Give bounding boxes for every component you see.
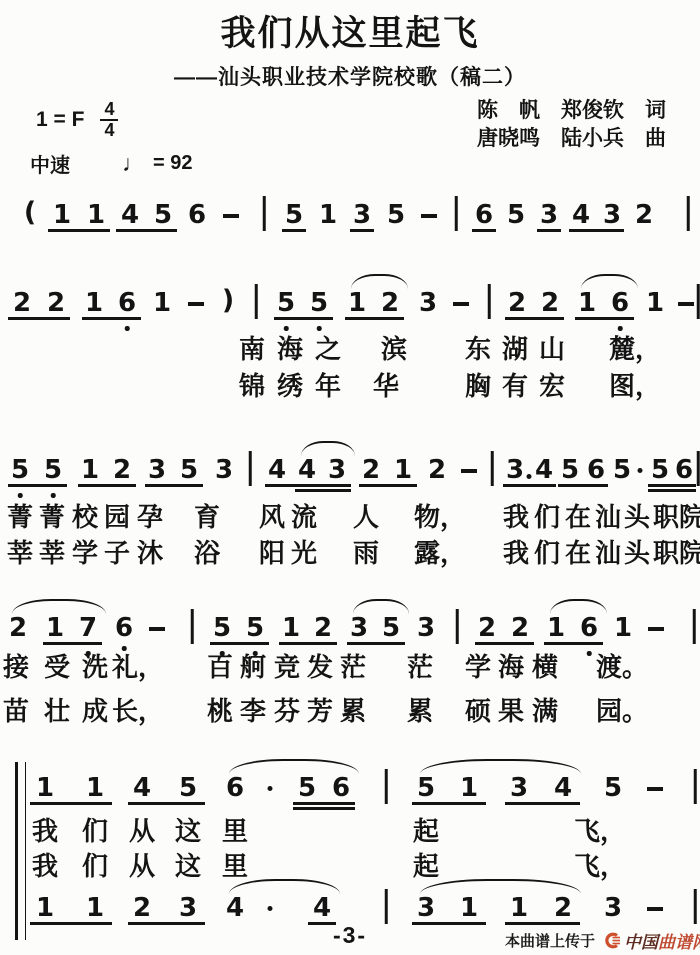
lyric-char: 南 [239, 334, 265, 364]
lyric-char: 们 [534, 538, 560, 568]
lyric-char: 芳 [307, 696, 333, 726]
beam-underline [282, 229, 306, 232]
dash-rest [188, 302, 204, 306]
upload-text: 本曲谱上传于 [505, 930, 595, 951]
lyric-char: 莘 [7, 538, 33, 568]
beam-underline [116, 229, 177, 232]
lyric-char: 起 [413, 816, 439, 846]
augmentation-dot [268, 906, 273, 911]
footer-credit: 本曲谱上传于 中国 曲谱网 [505, 928, 700, 953]
lyric-char: 年 [315, 371, 341, 401]
lyric-char: 露， [414, 538, 466, 568]
lyric-char: 茫 [340, 652, 366, 682]
credits-block: 陈 帆 郑俊钦 词 唐晓鸣 陆小兵 曲 [477, 97, 666, 153]
lyric-char: 飞， [574, 851, 626, 881]
barline [687, 196, 690, 231]
dash-rest [461, 469, 477, 473]
note-digit: 6 [226, 773, 244, 803]
lyric-char: 发 [307, 652, 333, 682]
note-digit: 4 [554, 773, 572, 803]
dash-rest [647, 907, 663, 911]
note-digit: 1 [53, 200, 71, 230]
note-digit: 1 [282, 613, 300, 643]
note-digit: 5 [387, 200, 405, 230]
key-signature: 1 = F 4 4 [36, 100, 118, 140]
lyric-char: 沐 [137, 538, 163, 568]
barline [385, 889, 388, 924]
site-logo-icon [604, 932, 621, 949]
beam-underline [30, 802, 112, 805]
note-digit: 1 [460, 893, 478, 923]
slur-arc [229, 759, 359, 774]
lyric-char: 人 [353, 502, 379, 532]
time-signature-top: 4 [100, 100, 118, 121]
barline [488, 284, 491, 319]
lyric-char: 苗 [3, 696, 29, 726]
lyric-char: 校 [72, 502, 98, 532]
lyric-char: 胸 [465, 371, 491, 401]
tempo-marking: 中速 ♩ = 92 [30, 149, 192, 178]
lyric-char: 李 [240, 696, 266, 726]
beam-underline [350, 229, 374, 232]
beam-underline [145, 484, 203, 487]
beam-underline [78, 484, 136, 487]
octave-dot [51, 493, 56, 498]
note-digit: 7 [79, 613, 97, 643]
note-digit: 2 [635, 200, 653, 230]
lyric-char: 风 [259, 502, 285, 532]
note-digit: 2 [478, 613, 496, 643]
barline [455, 196, 458, 231]
lyric-char: 我 [503, 502, 529, 532]
beam-underline [359, 484, 417, 487]
augmentation-dot [638, 468, 643, 473]
lyric-line-1: 南海之滨东湖山麓， [0, 334, 700, 368]
lyric-char: 头 [624, 502, 650, 532]
lyric-char: 长， [112, 696, 164, 726]
parenthesis: ) [222, 286, 234, 316]
music-row-1: (114565135653432 [0, 200, 700, 246]
note-digit: 6 [332, 773, 350, 803]
dash-rest [648, 627, 664, 631]
beam-underline [8, 317, 70, 320]
note-digit: 1 [36, 773, 54, 803]
site-name-primary: 中国 [624, 928, 658, 953]
beam-underline [503, 484, 556, 487]
lyric-char: 横 [532, 652, 558, 682]
note-digit: 5 [180, 455, 198, 485]
lyric-char: 浴 [194, 538, 220, 568]
beam-underline [43, 642, 102, 645]
octave-dot [317, 326, 322, 331]
beam-underline [210, 642, 269, 645]
lyric-char: 孕 [137, 502, 163, 532]
lyric-char: 光 [291, 538, 317, 568]
lyric-char: 莘 [39, 538, 65, 568]
tempo-value: = 92 [153, 152, 192, 175]
dash-rest [453, 302, 469, 306]
system-brace [15, 762, 26, 940]
lyric-char: 壮 [44, 696, 70, 726]
lyric-char: 我 [32, 816, 58, 846]
note-digit: 5 [179, 773, 197, 803]
beam-underline [412, 802, 486, 805]
note-digit: 5 [277, 288, 295, 318]
song-title: 我们从这里起飞 [0, 6, 700, 56]
barline [694, 889, 697, 924]
note-digit: 5 [507, 200, 525, 230]
lyric-char: 这 [175, 851, 201, 881]
barline [249, 451, 252, 486]
lyric-char: 们 [82, 816, 108, 846]
lyric-char: 这 [175, 816, 201, 846]
note-digit: 1 [86, 893, 104, 923]
lyric-char: 茫 [407, 652, 433, 682]
note-digit: 3 [604, 893, 622, 923]
song-subtitle: ——汕头职业技术学院校歌（稿二） [0, 61, 700, 91]
beam-underline [48, 229, 110, 232]
lyric-char: 之 [315, 334, 341, 364]
lyric-char: 物， [414, 502, 466, 532]
note-digit: 3 [215, 455, 233, 485]
lyric-line-6: 苗壮成长，桃李芬芳累累硕果满园。 [0, 696, 700, 730]
lyric-char: 院 [679, 538, 700, 568]
note-digit: 2 [362, 455, 380, 485]
beam-underline [505, 802, 580, 805]
lyric-char: 累 [407, 696, 433, 726]
note-digit: 6 [587, 455, 605, 485]
note-digit: 3 [417, 893, 435, 923]
note-digit: 5 [561, 455, 579, 485]
octave-dot [618, 326, 623, 331]
beam-underline [82, 317, 141, 320]
note-digit: 1 [153, 288, 171, 318]
lyric-char: 海 [277, 334, 303, 364]
note-digit: 6 [675, 455, 693, 485]
note-digit: 5 [604, 773, 622, 803]
note-digit: 5 [417, 773, 435, 803]
beam-underline [8, 484, 67, 487]
lyric-char: 海 [498, 652, 524, 682]
beam-underline [472, 229, 496, 232]
lyric-char: 里 [222, 851, 248, 881]
note-digit: 2 [133, 893, 151, 923]
lyric-char: 锦 [239, 371, 265, 401]
lyric-char: 从 [129, 816, 155, 846]
note-digit: 4 [535, 455, 553, 485]
note-digit: 5 [154, 200, 172, 230]
site-name-secondary: 曲谱网 [658, 928, 700, 953]
lyric-char: 们 [534, 502, 560, 532]
augmentation-dot [527, 474, 532, 479]
lyric-char: 图， [609, 371, 661, 401]
lyric-line-5: 接受洗礼，百舸竞发茫茫学海横渡。 [0, 652, 700, 686]
lyric-char: 成 [82, 696, 108, 726]
note-digit: 3 [417, 613, 435, 643]
beam-underline [569, 229, 624, 232]
barline [191, 609, 194, 644]
lyric-char: 飞， [574, 816, 626, 846]
note-digit: 4 [133, 773, 151, 803]
lyric-line-7: 我们从这里起飞， [0, 816, 700, 850]
lyric-char: 汕 [595, 538, 621, 568]
lyric-line-8: 我们从这里起飞， [0, 851, 700, 885]
note-digit: 1 [87, 200, 105, 230]
lyric-char: 山 [539, 334, 565, 364]
lyric-char: 舸 [240, 652, 266, 682]
lyric-char: 子 [104, 538, 130, 568]
lyric-char: 芬 [274, 696, 300, 726]
note-digit: 2 [13, 288, 31, 318]
beam-underline [558, 484, 608, 487]
lyric-char: 阳 [259, 538, 285, 568]
lyricist-credit: 陈 帆 郑俊钦 词 [477, 97, 666, 125]
note-digit: 2 [113, 455, 131, 485]
note-digit: 1 [46, 613, 64, 643]
note-digit: 5 [246, 613, 264, 643]
note-digit: 1 [85, 288, 103, 318]
note-digit: 2 [428, 455, 446, 485]
barline [697, 284, 700, 319]
note-digit: 6 [188, 200, 206, 230]
beam-underline [648, 489, 696, 492]
time-signature: 4 4 [100, 100, 118, 140]
note-digit: 5 [651, 455, 669, 485]
note-digit: 2 [314, 613, 332, 643]
time-signature-bottom: 4 [100, 121, 118, 140]
key-label: 1 = F [36, 108, 84, 132]
beam-underline [575, 317, 634, 320]
music-row-2: 22161)5512322161 [0, 288, 700, 334]
lyric-char: 百 [207, 652, 233, 682]
slur-arc [301, 441, 355, 456]
slur-arc [581, 274, 638, 289]
note-digit: 3 [148, 455, 166, 485]
lyric-char: 渡。 [596, 652, 648, 682]
note-digit: 1 [86, 773, 104, 803]
lyric-char: 我 [32, 851, 58, 881]
lyric-char: 菁 [7, 502, 33, 532]
note-digit: 5 [298, 773, 316, 803]
lyric-char: 绣 [277, 371, 303, 401]
note-digit: 6 [475, 200, 493, 230]
note-digit: 3 [419, 288, 437, 318]
note-digit: 4 [268, 455, 286, 485]
lyric-char: 累 [340, 696, 366, 726]
note-digit: 6 [118, 288, 136, 318]
lyric-char: 职 [653, 502, 679, 532]
note-digit: 3 [506, 455, 524, 485]
note-digit: 1 [460, 773, 478, 803]
note-digit: 4 [298, 455, 316, 485]
beam-underline [648, 484, 696, 487]
composer-credit: 唐晓鸣 陆小兵 曲 [477, 125, 666, 153]
dash-rest [678, 302, 694, 306]
beam-underline [265, 484, 351, 487]
lyric-char: 头 [624, 538, 650, 568]
octave-dot [122, 646, 127, 651]
barline [693, 609, 696, 644]
lyric-char: 我 [503, 538, 529, 568]
note-digit: 6 [580, 613, 598, 643]
barline [694, 769, 697, 804]
note-digit: 2 [47, 288, 65, 318]
note-digit: 1 [319, 200, 337, 230]
lyric-char: 雨 [353, 538, 379, 568]
lyric-char: 里 [222, 816, 248, 846]
note-digit: 2 [508, 288, 526, 318]
note-digit: 1 [578, 288, 596, 318]
lyric-char: 麓， [609, 334, 661, 364]
lyric-char: 有 [502, 371, 528, 401]
lyric-char: 起 [413, 851, 439, 881]
music-row-3: 55123534432123456556 [0, 455, 700, 501]
lyric-line-2: 锦绣年华胸有宏图， [0, 371, 700, 405]
beam-underline [274, 317, 333, 320]
parenthesis: ( [24, 198, 36, 228]
note-digit: 5 [44, 455, 62, 485]
barline [456, 609, 459, 644]
note-digit: 5 [285, 200, 303, 230]
lyric-char: 流 [291, 502, 317, 532]
lyric-char: 礼， [112, 652, 164, 682]
beam-underline [505, 317, 564, 320]
lyric-char: 受 [44, 652, 70, 682]
note-digit: 4 [226, 893, 244, 923]
slur-arc [420, 759, 581, 774]
note-digit: 1 [614, 613, 632, 643]
note-digit: 5 [613, 455, 631, 485]
slur-arc [351, 274, 408, 289]
beam-underline [279, 642, 337, 645]
beam-underline [293, 807, 355, 810]
beam-underline [544, 642, 603, 645]
note-digit: 5 [310, 288, 328, 318]
lyric-char: 院 [679, 502, 700, 532]
lyric-line-3: 菁菁校园孕育风流人物，我们在汕头职院 [0, 502, 700, 536]
lyric-char: 菁 [39, 502, 65, 532]
lyric-char: 硕 [465, 696, 491, 726]
lyric-char: 在 [565, 502, 591, 532]
note-digit: 6 [115, 613, 133, 643]
note-digit: 1 [547, 613, 565, 643]
note-digit: 5 [213, 613, 231, 643]
note-digit: 3 [510, 773, 528, 803]
note-digit: 2 [511, 613, 529, 643]
note-digit: 1 [81, 455, 99, 485]
barline [491, 451, 494, 486]
lyric-char: 育 [194, 502, 220, 532]
note-digit: 1 [646, 288, 664, 318]
lyric-char: 滨 [381, 334, 407, 364]
barline [263, 196, 266, 231]
note-digit: 1 [510, 893, 528, 923]
lyric-char: 洗 [82, 652, 108, 682]
augmentation-dot [268, 786, 273, 791]
beam-underline [347, 642, 405, 645]
note-digit: 5 [11, 455, 29, 485]
music-row-5: 114565651345 [0, 773, 700, 819]
quarter-note-icon: ♩ [122, 150, 145, 177]
note-digit: 1 [348, 288, 366, 318]
lyric-char: 汕 [595, 502, 621, 532]
octave-dot [284, 326, 289, 331]
lyric-char: 学 [72, 538, 98, 568]
barline [697, 451, 700, 486]
lyric-char: 在 [565, 538, 591, 568]
slur-arc [12, 599, 106, 614]
dash-rest [223, 214, 239, 218]
beam-underline [537, 229, 561, 232]
octave-dot [18, 493, 23, 498]
note-digit: 1 [394, 455, 412, 485]
lyric-char: 园 [104, 502, 130, 532]
octave-dot [125, 326, 130, 331]
lyric-line-4: 莘莘学子沐浴阳光雨露，我们在汕头职院 [0, 538, 700, 572]
note-digit: 6 [611, 288, 629, 318]
lyric-char: 接 [3, 652, 29, 682]
note-digit: 4 [572, 200, 590, 230]
lyric-char: 东 [465, 334, 491, 364]
note-digit: 1 [36, 893, 54, 923]
note-digit: 3 [353, 200, 371, 230]
barline [255, 284, 258, 319]
note-digit: 2 [381, 288, 399, 318]
lyric-char: 学 [465, 652, 491, 682]
barline [385, 769, 388, 804]
dash-rest [647, 787, 663, 791]
lyric-char: 竞 [274, 652, 300, 682]
note-digit: 2 [9, 613, 27, 643]
lyric-char: 们 [82, 851, 108, 881]
beam-underline [345, 317, 404, 320]
lyric-char: 职 [653, 538, 679, 568]
lyric-char: 满 [532, 696, 558, 726]
tempo-label: 中速 [30, 149, 70, 178]
beam-underline [128, 802, 205, 805]
beam-underline [475, 642, 534, 645]
note-digit: 2 [554, 893, 572, 923]
lyric-char: 园。 [596, 696, 648, 726]
sheet-page: 我们从这里起飞 ——汕头职业技术学院校歌（稿二） 1 = F 4 4 陈 帆 郑… [0, 0, 700, 955]
slur-arc [353, 599, 409, 614]
note-digit: 3 [540, 200, 558, 230]
lyric-char: 果 [498, 696, 524, 726]
lyric-char: 宏 [539, 371, 565, 401]
lyric-char: 桃 [207, 696, 233, 726]
note-digit: 3 [179, 893, 197, 923]
slur-arc [550, 599, 607, 614]
note-digit: 4 [121, 200, 139, 230]
note-digit: 3 [350, 613, 368, 643]
dash-rest [149, 627, 165, 631]
note-digit: 3 [603, 200, 621, 230]
lyric-char: 华 [373, 371, 399, 401]
note-digit: 2 [541, 288, 559, 318]
note-digit: 4 [313, 893, 331, 923]
note-digit: 5 [382, 613, 400, 643]
beam-underline [295, 489, 351, 492]
dash-rest [421, 214, 437, 218]
beam-underline [293, 802, 355, 805]
lyric-char: 湖 [502, 334, 528, 364]
lyric-char: 从 [129, 851, 155, 881]
note-digit: 3 [328, 455, 346, 485]
